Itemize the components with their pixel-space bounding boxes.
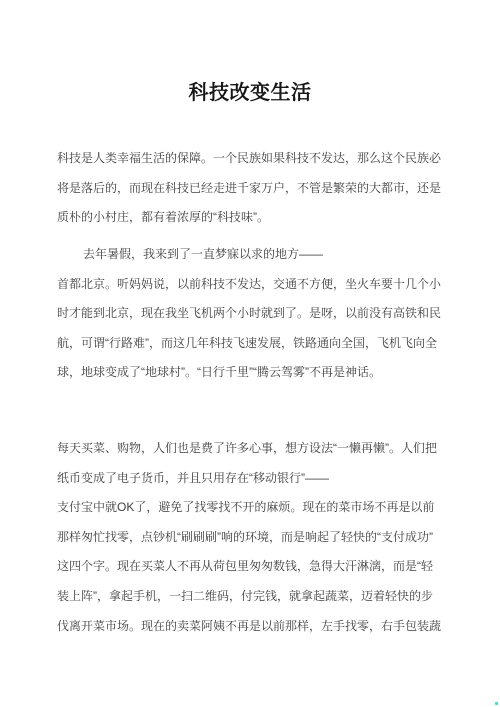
text-line: 科技是人类幸福生活的保障。一个民族如果科技不发达，那么这个民族必 xyxy=(57,144,449,174)
text-line: 将是落后的，而现在科技已经走进千家万户，不管是繁荣的大都市，还是 xyxy=(57,174,449,204)
document-page: 科技改变生活 科技是人类幸福生活的保障。一个民族如果科技不发达，那么这个民族必 … xyxy=(0,0,500,707)
text-line: 那样匆忙找零，点钞机“刷刷刷”响的环境，而是响起了轻快的“支付成功” xyxy=(57,523,449,553)
text-line: 去年暑假，我来到了一直梦寐以求的地方—— xyxy=(57,240,449,270)
paragraph-intro: 科技是人类幸福生活的保障。一个民族如果科技不发达，那么这个民族必 将是落后的，而… xyxy=(57,144,449,233)
text-line: 球，地球变成了“地球村”。“日行千里”“腾云驾雾”不再是神话。 xyxy=(57,358,449,388)
text-line: 这四个字。现在买菜人不再从荷包里匆匆数钱，急得大汗淋漓，而是“轻 xyxy=(57,552,449,582)
text-line: 支付宝中就OK了，避免了找零找不开的麻烦。现在的菜市场不再是以前 xyxy=(57,493,449,523)
text-line: 时才能到北京，现在我坐飞机两个小时就到了。是呀，以前没有高铁和民 xyxy=(57,299,449,329)
watermark-dot xyxy=(495,702,498,705)
paragraph-travel: 去年暑假，我来到了一直梦寐以求的地方—— 首都北京。听妈妈说，以前科技不发达，交… xyxy=(57,240,449,388)
text-line: 装上阵”，拿起手机，一扫二维码，付完钱，就拿起蔬菜，迈着轻快的步 xyxy=(57,582,449,612)
page-title: 科技改变生活 xyxy=(0,76,500,105)
text-line: 航，可谓“行路难”，而这几年科技飞速发展，铁路通向全国，飞机飞向全 xyxy=(57,329,449,359)
paragraph-payment: 每天买菜、购物，人们也是费了许多心事，想方设法“一懒再懒”。人们把 纸币变成了电… xyxy=(57,434,449,641)
text-line: 伐离开菜市场。现在的卖菜阿姨不再是以前那样，左手找零，右手包装蔬 xyxy=(57,612,449,642)
text-line: 纸币变成了电子货币，并且只用存在“移动银行”—— xyxy=(57,464,449,494)
text-line: 质朴的小村庄，都有着浓厚的“科技味”。 xyxy=(57,203,449,233)
text-line: 每天买菜、购物，人们也是费了许多心事，想方设法“一懒再懒”。人们把 xyxy=(57,434,449,464)
text-line: 首都北京。听妈妈说，以前科技不发达，交通不方便，坐火车要十几个小 xyxy=(57,270,449,300)
